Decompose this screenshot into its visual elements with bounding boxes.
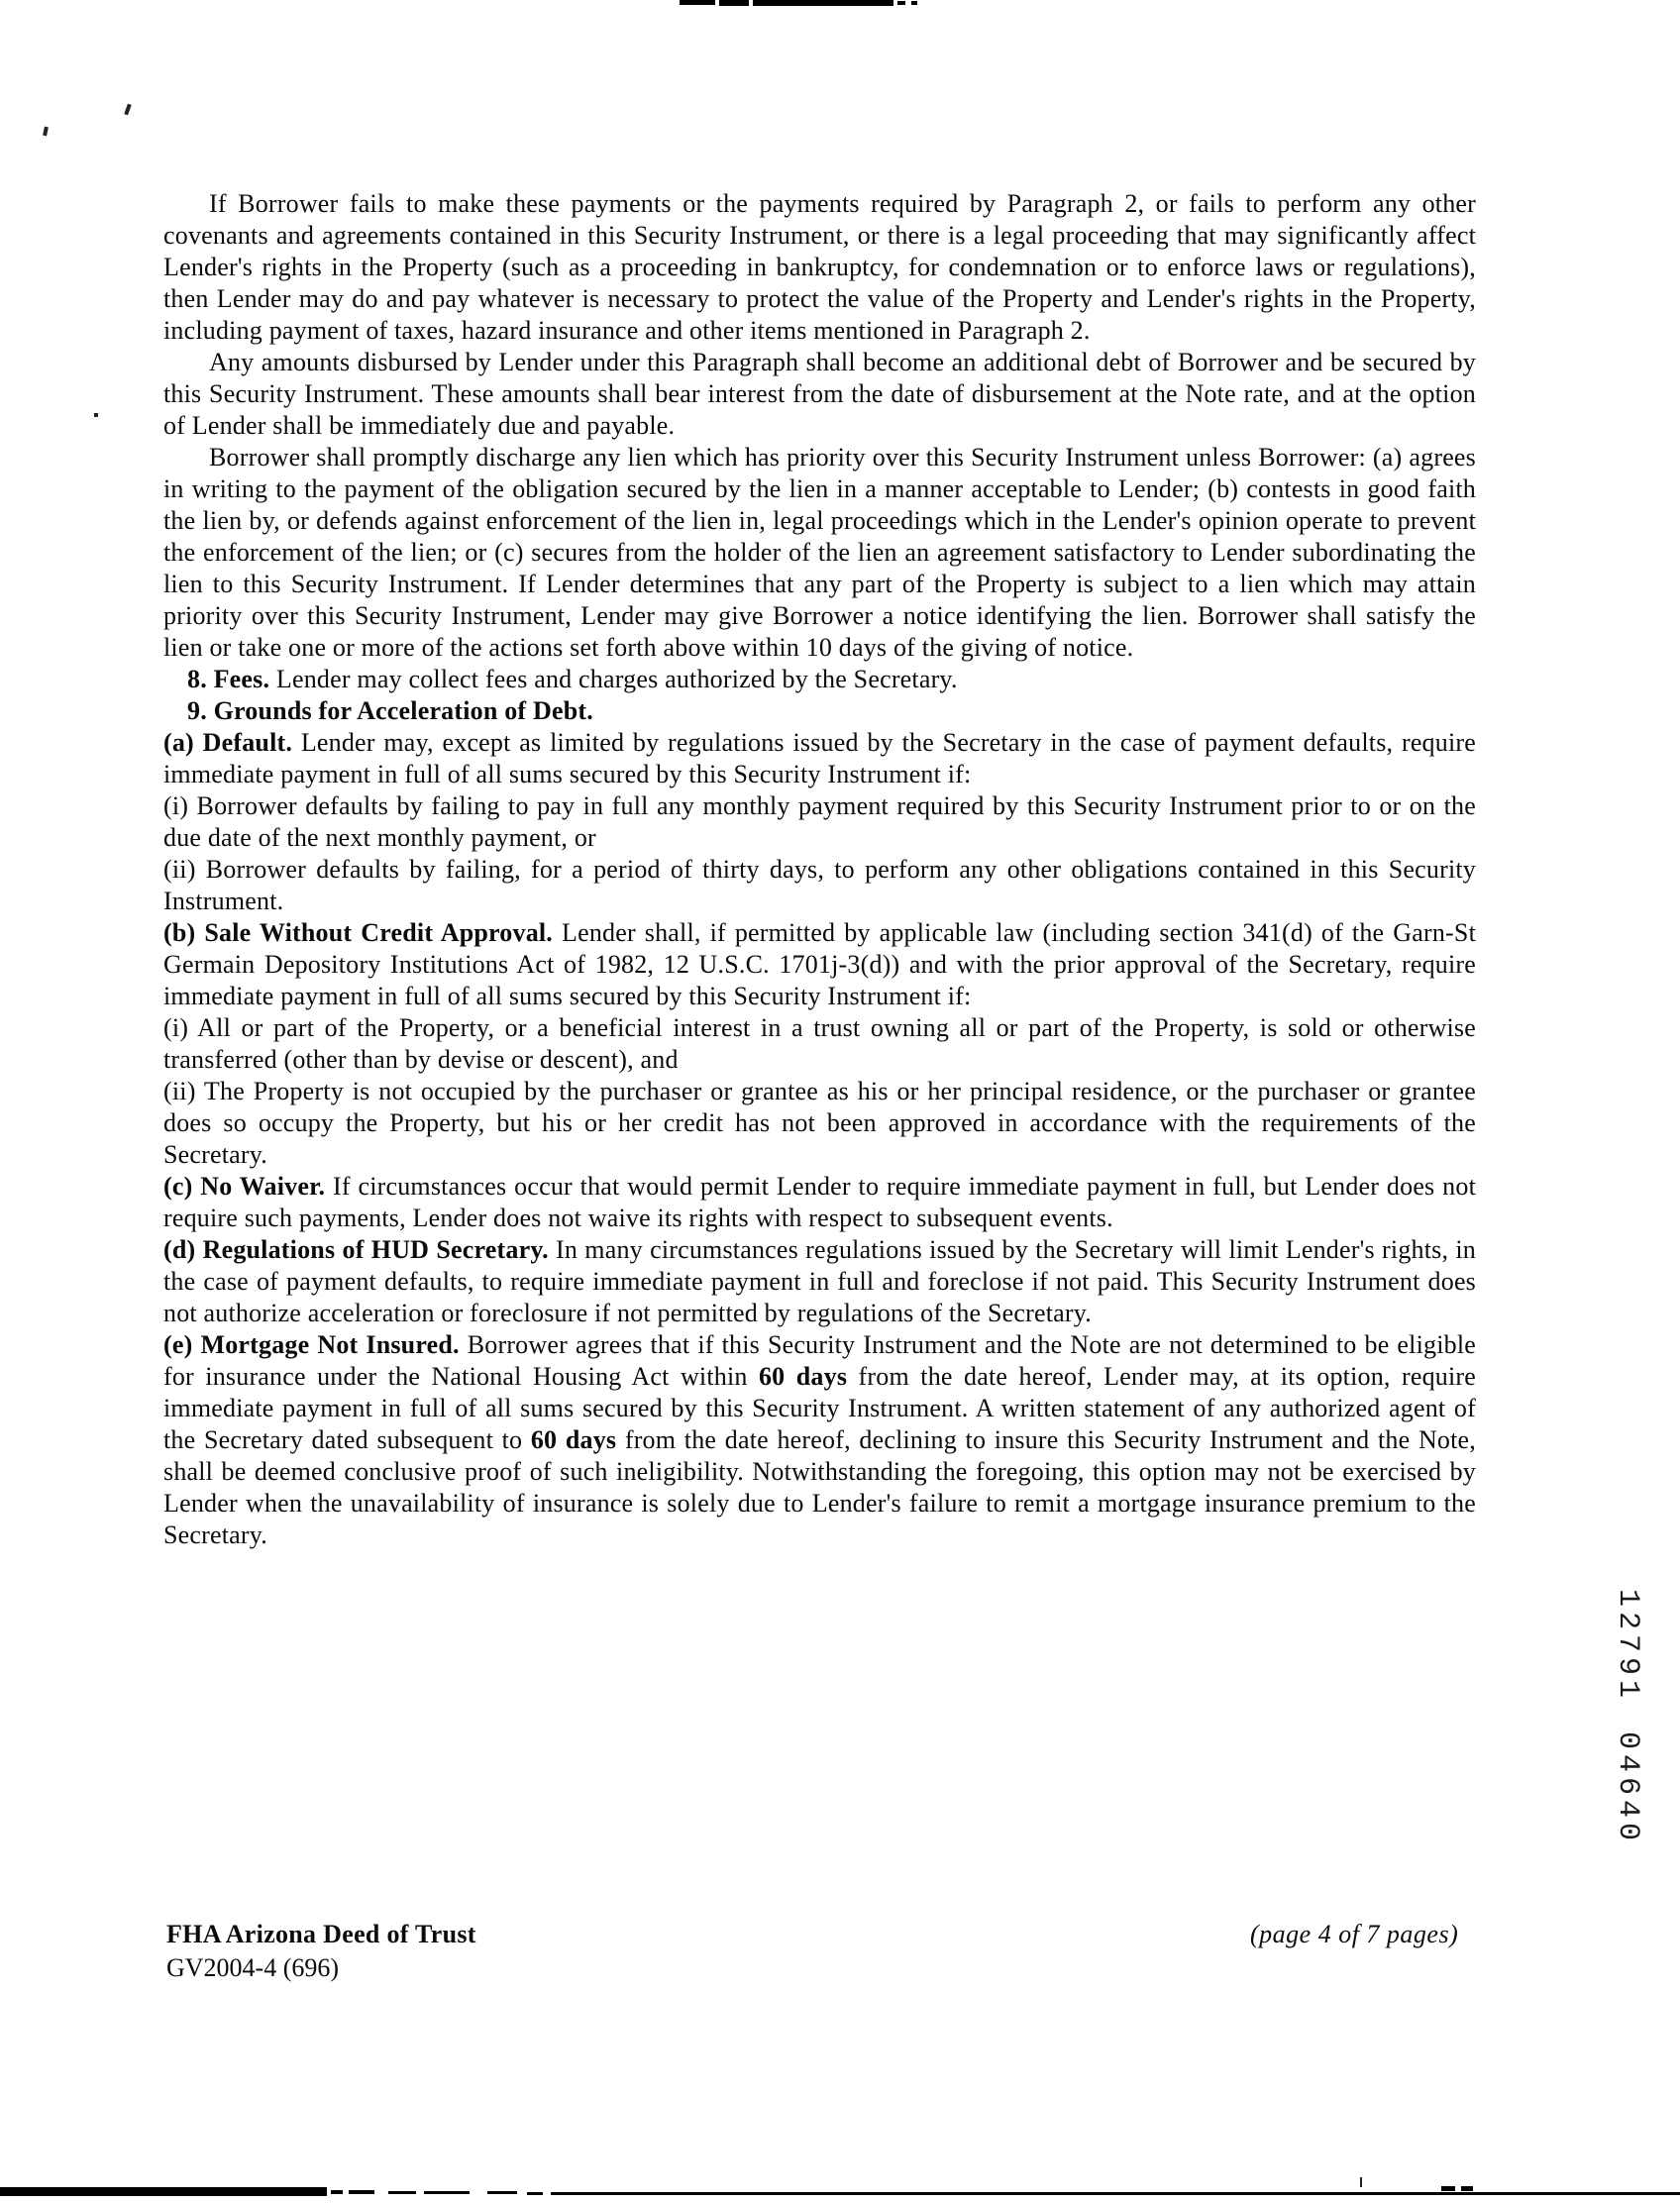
scan-artifact-bottom-line (331, 2190, 343, 2194)
scan-artifact-bottom-line (527, 2192, 543, 2195)
section-9a-text: Lender may, except as limited by regulat… (163, 728, 1476, 788)
section-9b-item-i: (i) All or part of the Property, or a be… (163, 1012, 1476, 1076)
scan-artifact-bottom-line (1441, 2186, 1455, 2191)
section-9-heading: 9. Grounds for Acceleration of Debt. (163, 695, 1476, 727)
paragraph-discharge-lien: Borrower shall promptly discharge any li… (163, 442, 1476, 664)
scan-artifact-top-bar (719, 0, 749, 6)
footer-page-indicator: (page 4 of 7 pages) (1250, 1920, 1458, 1949)
scan-speck (43, 127, 49, 137)
margin-number-bottom: 04640 (1611, 1731, 1644, 1845)
section-9a-label: (a) Default. (163, 728, 292, 757)
document-body: If Borrower fails to make these payments… (163, 188, 1476, 1551)
section-8-label: 8. Fees. (187, 665, 269, 693)
footer: FHA Arizona Deed of Trust GV2004-4 (696) (166, 1918, 476, 1985)
section-9a-default: (a) Default. Lender may, except as limit… (163, 727, 1476, 790)
section-9b-sale-without-credit-approval: (b) Sale Without Credit Approval. Lender… (163, 917, 1476, 1012)
section-9b-item-ii: (ii) The Property is not occupied by the… (163, 1076, 1476, 1171)
footer-form-code: GV2004-4 (696) (166, 1951, 476, 1985)
section-8-fees: 8. Fees. Lender may collect fees and cha… (163, 664, 1476, 695)
section-9b-label: (b) Sale Without Credit Approval. (163, 918, 553, 947)
section-9e-60-days-1: 60 days (759, 1362, 847, 1391)
scan-speck (1360, 2177, 1362, 2187)
scan-artifact-bottom-line (0, 2187, 327, 2196)
scan-speck (94, 413, 98, 417)
footer-document-title: FHA Arizona Deed of Trust (166, 1918, 476, 1951)
section-9d-label: (d) Regulations of HUD Secretary. (163, 1235, 549, 1264)
section-9e-mortgage-not-insured: (e) Mortgage Not Insured. Borrower agree… (163, 1329, 1476, 1551)
paragraph-amounts-disbursed: Any amounts disbursed by Lender under th… (163, 347, 1476, 442)
section-9-label: 9. Grounds for Acceleration of Debt. (187, 696, 593, 725)
scan-artifact-bottom-line (424, 2191, 470, 2194)
section-9d-regulations-hud-secretary: (d) Regulations of HUD Secretary. In man… (163, 1234, 1476, 1329)
scan-artifact-bottom-line (1461, 2186, 1473, 2191)
scan-artifact-top-bar (897, 1, 905, 5)
section-9c-no-waiver: (c) No Waiver. If circumstances occur th… (163, 1171, 1476, 1234)
section-9e-60-days-2: 60 days (531, 1425, 616, 1454)
section-9a-item-ii: (ii) Borrower defaults by failing, for a… (163, 854, 1476, 917)
scan-artifact-bottom-line (487, 2191, 517, 2194)
scan-artifact-bottom-line (349, 2190, 374, 2194)
scanned-document-page: If Borrower fails to make these payments… (0, 0, 1680, 2203)
section-9e-label: (e) Mortgage Not Insured. (163, 1330, 460, 1359)
scan-speck (124, 104, 132, 116)
margin-number-top: 12791 (1611, 1589, 1644, 1703)
scan-artifact-top-bar (753, 0, 893, 6)
section-9c-text: If circumstances occur that would permit… (163, 1172, 1476, 1232)
paragraph-lender-payments: If Borrower fails to make these payments… (163, 188, 1476, 347)
section-9c-label: (c) No Waiver. (163, 1172, 325, 1201)
scan-artifact-bottom-line (551, 2192, 1680, 2195)
scan-artifact-bottom-line (388, 2191, 416, 2194)
section-9a-item-i: (i) Borrower defaults by failing to pay … (163, 790, 1476, 854)
scan-artifact-top-bar (911, 1, 917, 5)
section-8-text: Lender may collect fees and charges auth… (269, 665, 957, 693)
scan-artifact-top-bar (680, 0, 715, 5)
